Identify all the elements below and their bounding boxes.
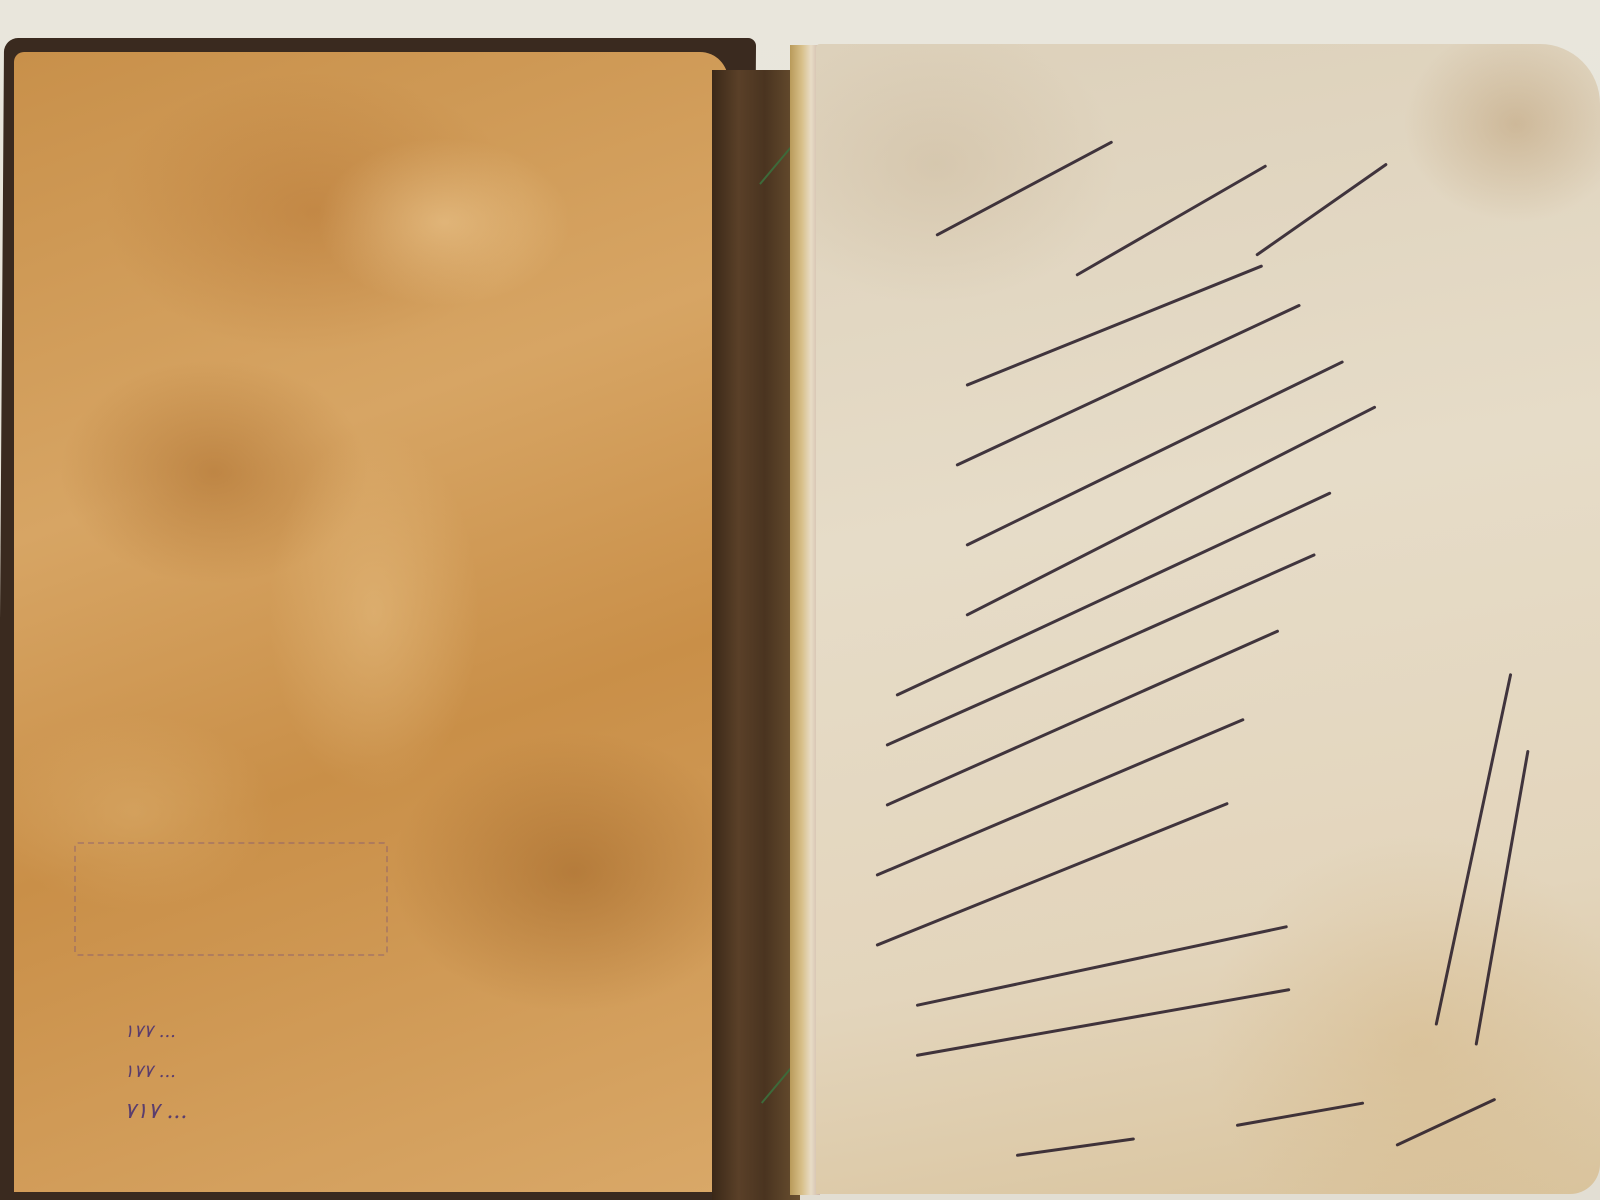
- script-line: [965, 264, 1263, 387]
- script-line: [1075, 164, 1267, 277]
- note-line: ۱۷۷ ...: [124, 1012, 187, 1052]
- dashed-outline: [74, 842, 388, 956]
- pencil-notes: ۱۷۷ ... ۱۷۷ ... ۷۱۷ ...: [124, 1012, 187, 1132]
- script-line: [1016, 1137, 1135, 1157]
- script-line: [895, 491, 1331, 697]
- script-line: [1236, 1101, 1365, 1127]
- script-line: [875, 718, 1244, 877]
- script-line: [1435, 673, 1513, 1026]
- script-line: [875, 802, 1228, 947]
- script-line: [916, 988, 1291, 1057]
- book-spine: [712, 70, 800, 1200]
- script-line: [1255, 162, 1388, 256]
- left-page-stained: ۱۷۷ ... ۱۷۷ ... ۷۱۷ ...: [14, 52, 728, 1192]
- script-line: [885, 553, 1316, 747]
- script-line: [916, 925, 1288, 1007]
- note-line: ۷۱۷ ...: [124, 1092, 187, 1132]
- script-line: [935, 140, 1113, 237]
- right-page-manuscript: [816, 44, 1600, 1194]
- script-line: [955, 304, 1301, 467]
- note-line: ۱۷۷ ...: [124, 1052, 187, 1092]
- script-line: [965, 405, 1376, 617]
- script-line: [1395, 1098, 1496, 1147]
